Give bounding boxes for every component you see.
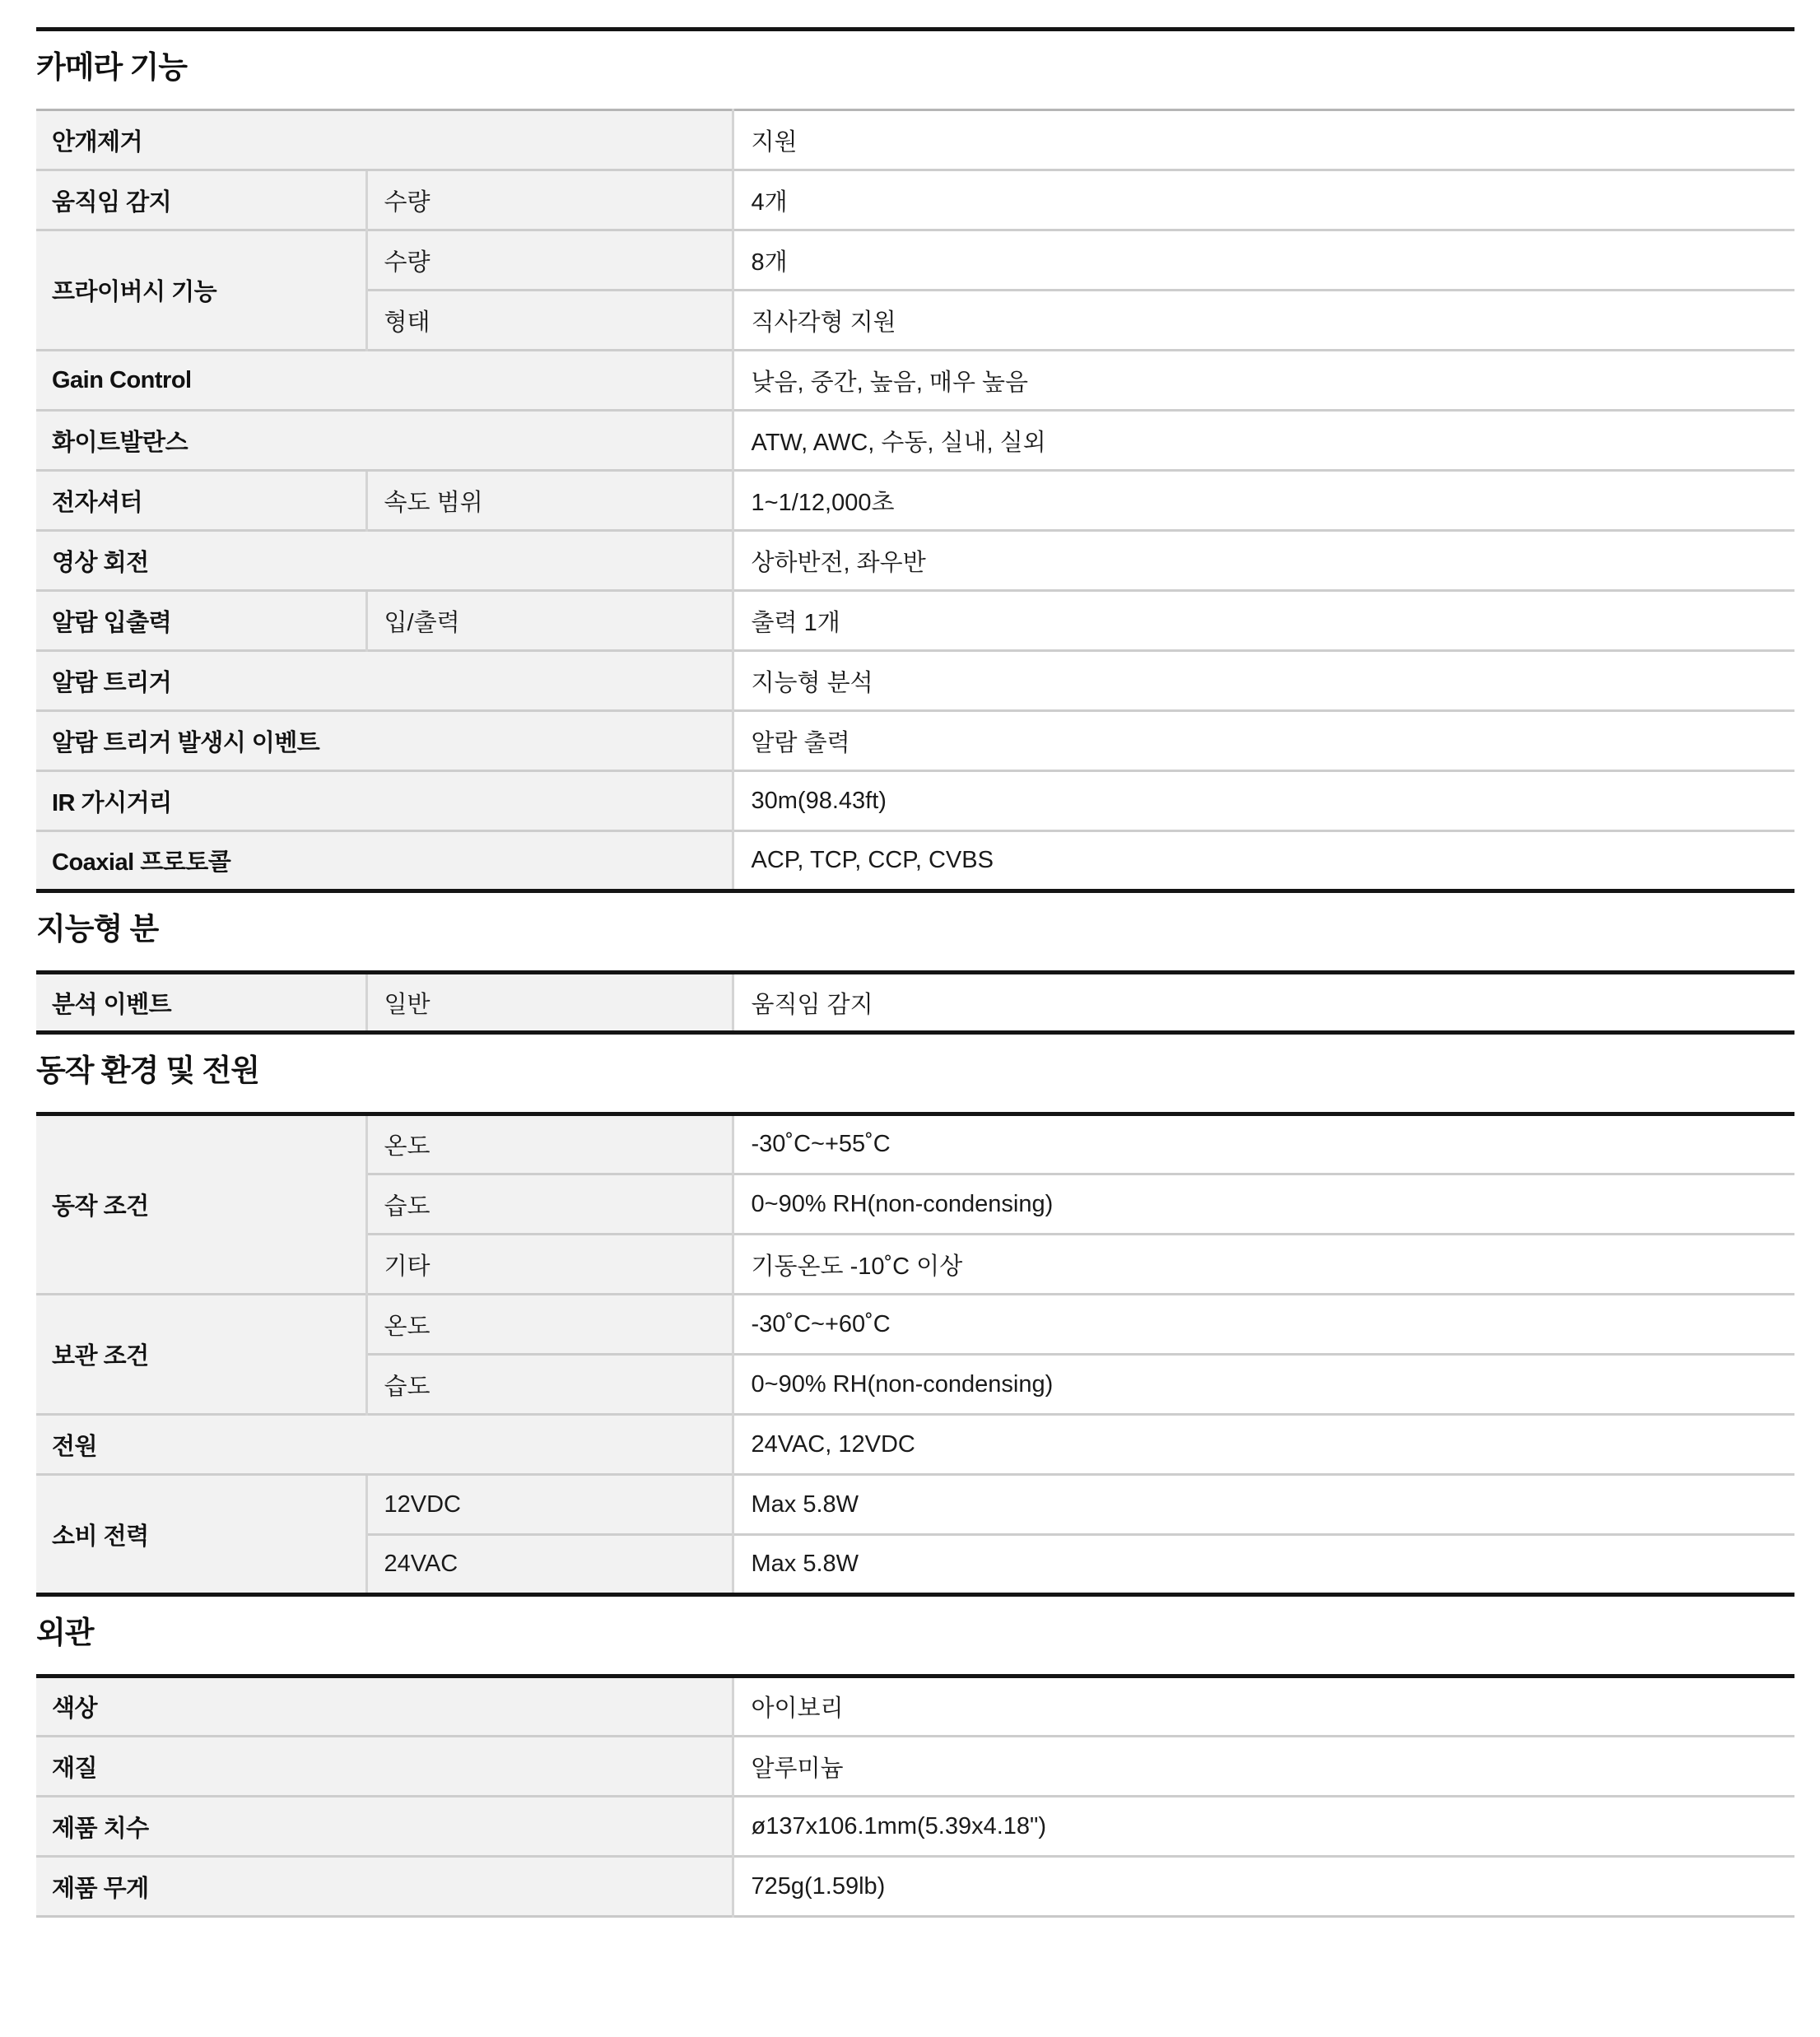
spec-value: 30m(98.43ft) (733, 771, 1794, 831)
spec-sublabel: 습도 (366, 1355, 733, 1415)
spec-value: 1~1/12,000초 (733, 471, 1794, 531)
spec-label: IR 가시거리 (36, 771, 733, 831)
spec-label: 알람 트리거 (36, 651, 733, 711)
spec-label: Coaxial 프로토콜 (36, 831, 733, 891)
table-row: 소비 전력 12VDC Max 5.8W (36, 1475, 1794, 1535)
table-row: Coaxial 프로토콜 ACP, TCP, CCP, CVBS (36, 831, 1794, 891)
spec-value: Max 5.8W (733, 1535, 1794, 1595)
spec-label: 재질 (36, 1737, 733, 1797)
spec-value: 0~90% RH(non-condensing) (733, 1174, 1794, 1235)
spec-value: 아이보리 (733, 1677, 1794, 1737)
spec-sublabel: 기타 (366, 1235, 733, 1295)
spec-label: 알람 입출력 (36, 591, 366, 651)
spec-value: 지원 (733, 110, 1794, 170)
table-row: 움직임 감지 수량 4개 (36, 170, 1794, 230)
spec-sublabel: 일반 (366, 973, 733, 1033)
spec-label: 동작 조건 (36, 1114, 366, 1295)
table-row: 알람 트리거 지능형 분석 (36, 651, 1794, 711)
spec-sublabel: 수량 (366, 230, 733, 291)
section-appearance: 외관 색상 아이보리 재질 알루미늄 제품 치수 ø137x106.1mm(5.… (36, 1615, 1794, 1918)
table-row: 알람 트리거 발생시 이벤트 알람 출력 (36, 711, 1794, 771)
spec-page: 카메라 기능 안개제거 지원 움직임 감지 수량 4개 프라이버시 기능 수량 … (0, 0, 1820, 1951)
table-row: 동작 조건 온도 -30˚C~+55˚C (36, 1114, 1794, 1174)
section-title: 지능형 분 (36, 911, 1794, 947)
table-row: 제품 치수 ø137x106.1mm(5.39x4.18") (36, 1797, 1794, 1857)
spec-label: 영상 회전 (36, 531, 733, 591)
section-title: 외관 (36, 1615, 1794, 1651)
spec-value: 4개 (733, 170, 1794, 230)
table-row: 프라이버시 기능 수량 8개 (36, 230, 1794, 291)
spec-table: 안개제거 지원 움직임 감지 수량 4개 프라이버시 기능 수량 8개 형태 직… (36, 109, 1794, 893)
spec-sublabel: 형태 (366, 291, 733, 351)
spec-label: 전자셔터 (36, 471, 366, 531)
table-row: 전원 24VAC, 12VDC (36, 1415, 1794, 1475)
spec-label: Gain Control (36, 351, 733, 411)
spec-value: -30˚C~+60˚C (733, 1295, 1794, 1355)
spec-label: 제품 치수 (36, 1797, 733, 1857)
spec-label: 보관 조건 (36, 1295, 366, 1415)
spec-value: 725g(1.59lb) (733, 1857, 1794, 1917)
spec-label: 움직임 감지 (36, 170, 366, 230)
spec-label: 화이트발란스 (36, 411, 733, 471)
spec-table: 분석 이벤트 일반 움직임 감지 (36, 970, 1794, 1035)
spec-label: 분석 이벤트 (36, 973, 366, 1033)
section-environment-power: 동작 환경 및 전원 동작 조건 온도 -30˚C~+55˚C 습도 0~90%… (36, 1053, 1794, 1597)
spec-table: 동작 조건 온도 -30˚C~+55˚C 습도 0~90% RH(non-con… (36, 1112, 1794, 1597)
spec-value: 알루미늄 (733, 1737, 1794, 1797)
spec-value: 지능형 분석 (733, 651, 1794, 711)
section-camera-features: 카메라 기능 안개제거 지원 움직임 감지 수량 4개 프라이버시 기능 수량 … (36, 49, 1794, 893)
spec-table: 색상 아이보리 재질 알루미늄 제품 치수 ø137x106.1mm(5.39x… (36, 1674, 1794, 1918)
table-row: IR 가시거리 30m(98.43ft) (36, 771, 1794, 831)
spec-value: ø137x106.1mm(5.39x4.18") (733, 1797, 1794, 1857)
table-row: 안개제거 지원 (36, 110, 1794, 170)
page-top-rule (36, 27, 1794, 31)
table-row: 색상 아이보리 (36, 1677, 1794, 1737)
spec-sublabel: 속도 범위 (366, 471, 733, 531)
spec-label: 제품 무게 (36, 1857, 733, 1917)
spec-value: 낮음, 중간, 높음, 매우 높음 (733, 351, 1794, 411)
spec-label: 전원 (36, 1415, 733, 1475)
spec-sublabel: 12VDC (366, 1475, 733, 1535)
table-row: 제품 무게 725g(1.59lb) (36, 1857, 1794, 1917)
spec-value: 알람 출력 (733, 711, 1794, 771)
spec-label: 프라이버시 기능 (36, 230, 366, 351)
spec-sublabel: 온도 (366, 1114, 733, 1174)
spec-sublabel: 습도 (366, 1174, 733, 1235)
spec-value: 움직임 감지 (733, 973, 1794, 1033)
table-row: 분석 이벤트 일반 움직임 감지 (36, 973, 1794, 1033)
table-row: 전자셔터 속도 범위 1~1/12,000초 (36, 471, 1794, 531)
spec-sublabel: 24VAC (366, 1535, 733, 1595)
section-title: 동작 환경 및 전원 (36, 1053, 1794, 1089)
table-row: 보관 조건 온도 -30˚C~+60˚C (36, 1295, 1794, 1355)
spec-value: 상하반전, 좌우반 (733, 531, 1794, 591)
section-title: 카메라 기능 (36, 49, 1794, 86)
spec-sublabel: 온도 (366, 1295, 733, 1355)
table-row: 영상 회전 상하반전, 좌우반 (36, 531, 1794, 591)
spec-value: 24VAC, 12VDC (733, 1415, 1794, 1475)
table-row: Gain Control 낮음, 중간, 높음, 매우 높음 (36, 351, 1794, 411)
spec-label: 알람 트리거 발생시 이벤트 (36, 711, 733, 771)
spec-value: ATW, AWC, 수동, 실내, 실외 (733, 411, 1794, 471)
table-row: 재질 알루미늄 (36, 1737, 1794, 1797)
spec-label: 소비 전력 (36, 1475, 366, 1595)
spec-sublabel: 수량 (366, 170, 733, 230)
spec-value: 8개 (733, 230, 1794, 291)
spec-value: -30˚C~+55˚C (733, 1114, 1794, 1174)
spec-sublabel: 입/출력 (366, 591, 733, 651)
spec-value: 0~90% RH(non-condensing) (733, 1355, 1794, 1415)
spec-value: ACP, TCP, CCP, CVBS (733, 831, 1794, 891)
spec-value: 출력 1개 (733, 591, 1794, 651)
spec-value: 직사각형 지원 (733, 291, 1794, 351)
section-intelligent-analytics: 지능형 분 분석 이벤트 일반 움직임 감지 (36, 911, 1794, 1035)
spec-label: 안개제거 (36, 110, 733, 170)
spec-value: 기동온도 -10˚C 이상 (733, 1235, 1794, 1295)
spec-value: Max 5.8W (733, 1475, 1794, 1535)
table-row: 알람 입출력 입/출력 출력 1개 (36, 591, 1794, 651)
table-row: 화이트발란스 ATW, AWC, 수동, 실내, 실외 (36, 411, 1794, 471)
spec-label: 색상 (36, 1677, 733, 1737)
